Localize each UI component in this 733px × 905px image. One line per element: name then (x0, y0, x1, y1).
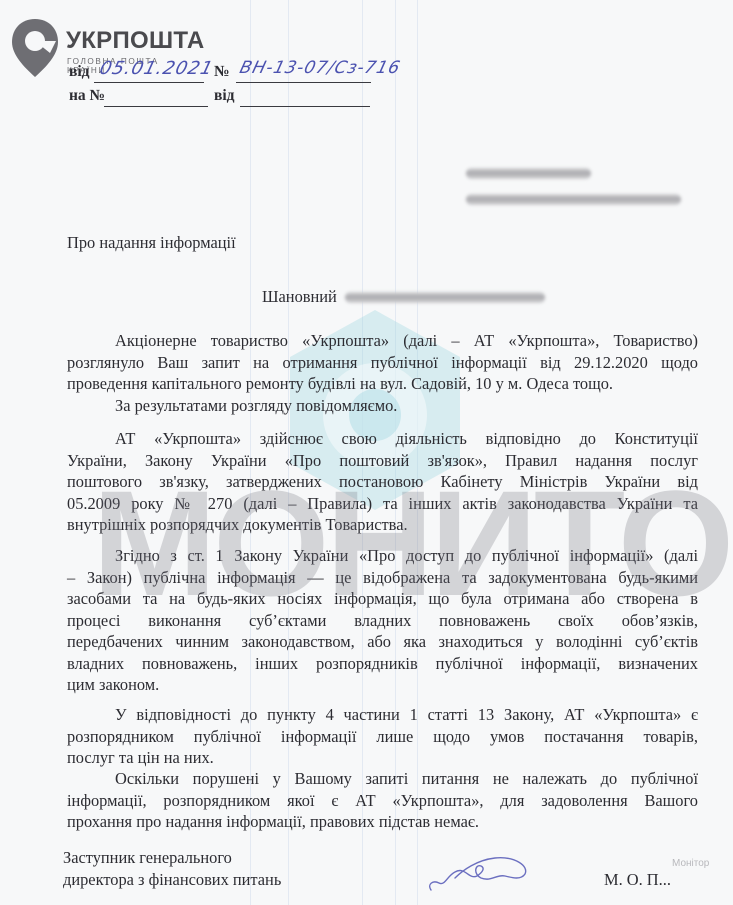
body-paragraph-6: Оскільки порушені у Вашому запиті питанн… (67, 768, 698, 833)
text-line: послуг та цін на них. (67, 747, 698, 769)
handwritten-number: ВН-13-07/Сз-716 (238, 58, 403, 78)
date-label: від (69, 63, 90, 81)
text-line: Оскільки порушені у Вашому запиті питанн… (67, 768, 698, 790)
signatory-name: М. О. П... (604, 868, 671, 892)
text-line: передбачених чинним законодавством, або … (67, 631, 698, 653)
salutation: Шановний (262, 286, 337, 308)
brand-name: УКРПОШТА (66, 27, 205, 55)
subject-line: Про надання інформації (67, 232, 236, 254)
text-line: владних повноважень, інших розпорядників… (67, 653, 698, 675)
text-line: проведення капітального ремонту будівлі … (67, 373, 698, 395)
body-paragraph-2: За результатами розгляду повідомляємо. (67, 395, 698, 417)
text-line: внутрішніх розпорядчих документів Товари… (67, 514, 698, 536)
signatory-title-line1: Заступник генерального (63, 846, 232, 870)
recipient-name-redacted (466, 168, 591, 179)
text-line: процесі виконання суб’єктами владних пов… (67, 610, 698, 632)
text-line: – Закон) публічна інформація — це відобр… (67, 567, 698, 589)
text-line: розглянуло Ваш запит на отримання публіч… (67, 352, 698, 374)
text-line: 05.2009 року № 270 (далі – Правила) та і… (67, 493, 698, 515)
signatory-title-line2: директора з фінансових питань (63, 868, 281, 892)
body-paragraph-5: У відповідності до пункту 4 частини 1 ст… (67, 704, 698, 769)
text-line: засобами та на будь-яких носіях інформац… (67, 588, 698, 610)
body-paragraph-1: Акціонерне товариство «Укрпошта» (далі –… (67, 330, 698, 395)
handwritten-signature (425, 850, 535, 896)
body-paragraph-4: Згідно з ст. 1 Закону України «Про досту… (67, 545, 698, 696)
text-line: розпорядником публічної інформації лише … (67, 726, 698, 748)
location-pin-logo-icon (10, 17, 60, 79)
watermark-corner: Монітор (672, 858, 709, 869)
text-line: України, Закону України «Про поштовий зв… (67, 450, 698, 472)
reply-to-field (104, 88, 208, 107)
text-line: Акціонерне товариство «Укрпошта» (далі –… (67, 330, 698, 352)
text-line: цим законом. (67, 674, 698, 696)
letter-page: УКРПОШТА ГОЛОВНА ПОШТА КРАЇНИ від 05.01.… (0, 0, 733, 905)
number-label: № (214, 63, 230, 81)
text-line: поштового зв'язку, затверджених постанов… (67, 471, 698, 493)
text-line: АТ «Укрпошта» здійснює свою діяльність в… (67, 428, 698, 450)
reply-date-field (240, 88, 370, 107)
body-paragraph-3: АТ «Укрпошта» здійснює свою діяльність в… (67, 428, 698, 536)
handwritten-date: 05.01.2021 (97, 58, 215, 79)
recipient-email-redacted (466, 194, 681, 205)
text-line: інформації, розпорядником якої є АТ «Укр… (67, 790, 698, 812)
reply-date-label: від (214, 87, 235, 105)
reply-to-label: на № (69, 87, 105, 105)
text-line: У відповідності до пункту 4 частини 1 ст… (67, 704, 698, 726)
text-line: За результатами розгляду повідомляємо. (67, 395, 698, 417)
text-line: прохання про надання інформації, правови… (67, 811, 698, 833)
text-line: Згідно з ст. 1 Закону України «Про досту… (67, 545, 698, 567)
salutation-name-redacted (345, 292, 545, 303)
